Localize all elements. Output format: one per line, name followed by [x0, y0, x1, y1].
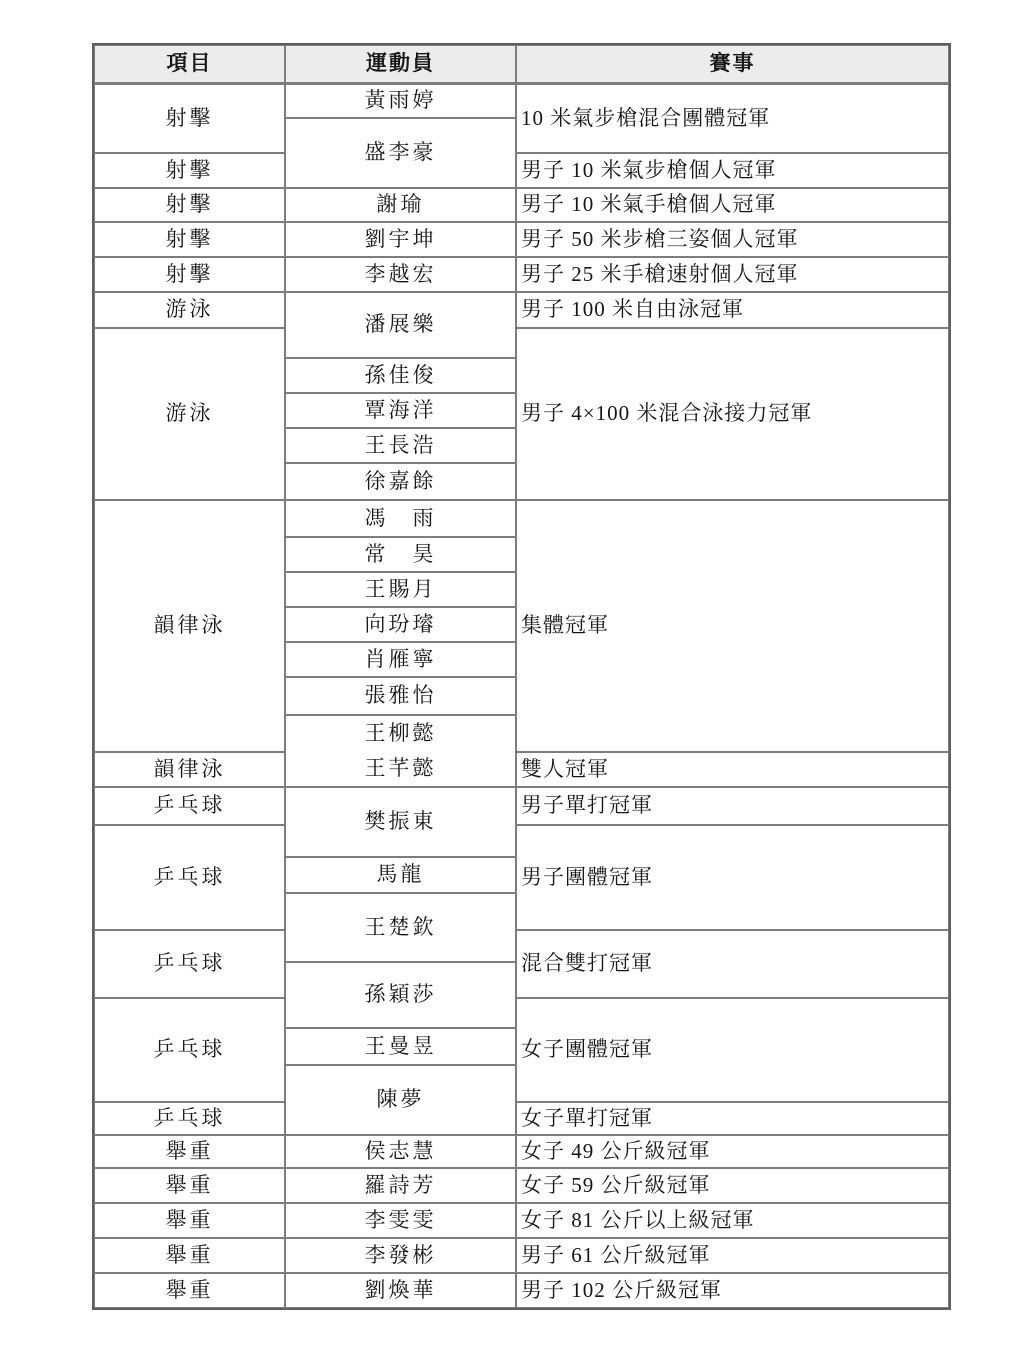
- category-cell: 射擊: [94, 188, 285, 222]
- athlete-cell: 劉宇坤: [285, 222, 516, 257]
- athlete-cell: 李雯雯: [285, 1203, 516, 1238]
- event-cell: 男子 10 米氣手槍個人冠軍: [516, 188, 949, 222]
- category-cell: 舉重: [94, 1238, 285, 1273]
- athlete-cell: 馬龍: [285, 857, 516, 893]
- athlete-cell: 羅詩芳: [285, 1168, 516, 1203]
- athlete-cell: 徐嘉餘: [285, 463, 516, 500]
- event-cell: 男子 4×100 米混合泳接力冠軍: [516, 328, 949, 500]
- athlete-cell: 馮 雨: [285, 500, 516, 537]
- col-header-athlete: 運動員: [285, 45, 516, 84]
- category-cell: 射擊: [94, 222, 285, 257]
- category-cell: 游泳: [94, 328, 285, 500]
- event-cell: 女子 59 公斤級冠軍: [516, 1168, 949, 1203]
- col-header-category: 項目: [94, 45, 285, 84]
- category-cell: 射擊: [94, 153, 285, 188]
- event-cell: 集體冠軍: [516, 500, 949, 752]
- document-page: { "colors": { "page_bg": "#ffffff", "tab…: [0, 0, 1023, 1364]
- category-cell: 舉重: [94, 1203, 285, 1238]
- athlete-cell: 孫佳俊: [285, 358, 516, 393]
- col-header-event: 賽事: [516, 45, 949, 84]
- event-cell: 混合雙打冠軍: [516, 930, 949, 998]
- athlete-cell: 孫穎莎: [285, 962, 516, 1028]
- event-cell: 男子 102 公斤級冠軍: [516, 1273, 949, 1308]
- category-cell: 乒乓球: [94, 787, 285, 825]
- athlete-cell: 肖雁寧: [285, 642, 516, 677]
- athlete-name-line: 王芊懿: [365, 756, 437, 781]
- event-cell: 男子 10 米氣步槍個人冠軍: [516, 153, 949, 188]
- athlete-cell: 王柳懿王芊懿: [285, 715, 516, 787]
- category-cell: 乒乓球: [94, 930, 285, 998]
- category-cell: 乒乓球: [94, 825, 285, 930]
- event-cell: 男子團體冠軍: [516, 825, 949, 930]
- athlete-cell: 黃雨婷: [285, 84, 516, 118]
- athlete-cell: 李發彬: [285, 1238, 516, 1273]
- event-cell: 男子單打冠軍: [516, 787, 949, 825]
- athlete-cell: 謝瑜: [285, 188, 516, 222]
- event-cell: 女子單打冠軍: [516, 1102, 949, 1135]
- athlete-cell: 李越宏: [285, 257, 516, 292]
- event-cell: 男子 25 米手槍速射個人冠軍: [516, 257, 949, 292]
- event-cell: 男子 100 米自由泳冠軍: [516, 292, 949, 328]
- category-cell: 射擊: [94, 257, 285, 292]
- athlete-cell: 常 昊: [285, 537, 516, 572]
- athlete-cell: 盛李豪: [285, 118, 516, 188]
- category-cell: 舉重: [94, 1168, 285, 1203]
- athlete-cell: 陳夢: [285, 1065, 516, 1135]
- medal-table: 項目 運動員 賽事 射擊10 米氣步槍混合團體冠軍射擊男子 10 米氣步槍個人冠…: [92, 43, 951, 1310]
- athlete-cell: 樊振東: [285, 787, 516, 857]
- event-cell: 女子團體冠軍: [516, 998, 949, 1102]
- athlete-cell: 王長浩: [285, 428, 516, 463]
- category-cell: 韻律泳: [94, 500, 285, 752]
- athlete-cell: 潘展樂: [285, 292, 516, 358]
- athlete-cell: 覃海洋: [285, 393, 516, 428]
- category-cell: 舉重: [94, 1135, 285, 1168]
- category-cell: 游泳: [94, 292, 285, 328]
- athlete-cell: 劉煥華: [285, 1273, 516, 1308]
- athlete-cell: 侯志慧: [285, 1135, 516, 1168]
- category-cell: 射擊: [94, 84, 285, 153]
- event-cell: 女子 49 公斤級冠軍: [516, 1135, 949, 1168]
- event-cell: 10 米氣步槍混合團體冠軍: [516, 84, 949, 153]
- athlete-name-line: 王柳懿: [365, 721, 437, 746]
- athlete-cell: 王楚欽: [285, 893, 516, 962]
- athlete-cell: 王曼昱: [285, 1028, 516, 1065]
- athlete-cell: 向玢璿: [285, 607, 516, 642]
- category-cell: 舉重: [94, 1273, 285, 1308]
- athlete-cell: 王賜月: [285, 572, 516, 607]
- event-cell: 雙人冠軍: [516, 752, 949, 787]
- category-cell: 乒乓球: [94, 998, 285, 1102]
- event-cell: 男子 50 米步槍三姿個人冠軍: [516, 222, 949, 257]
- event-cell: 女子 81 公斤以上級冠軍: [516, 1203, 949, 1238]
- athlete-cell: 張雅怡: [285, 677, 516, 715]
- event-cell: 男子 61 公斤級冠軍: [516, 1238, 949, 1273]
- category-cell: 乒乓球: [94, 1102, 285, 1135]
- category-cell: 韻律泳: [94, 752, 285, 787]
